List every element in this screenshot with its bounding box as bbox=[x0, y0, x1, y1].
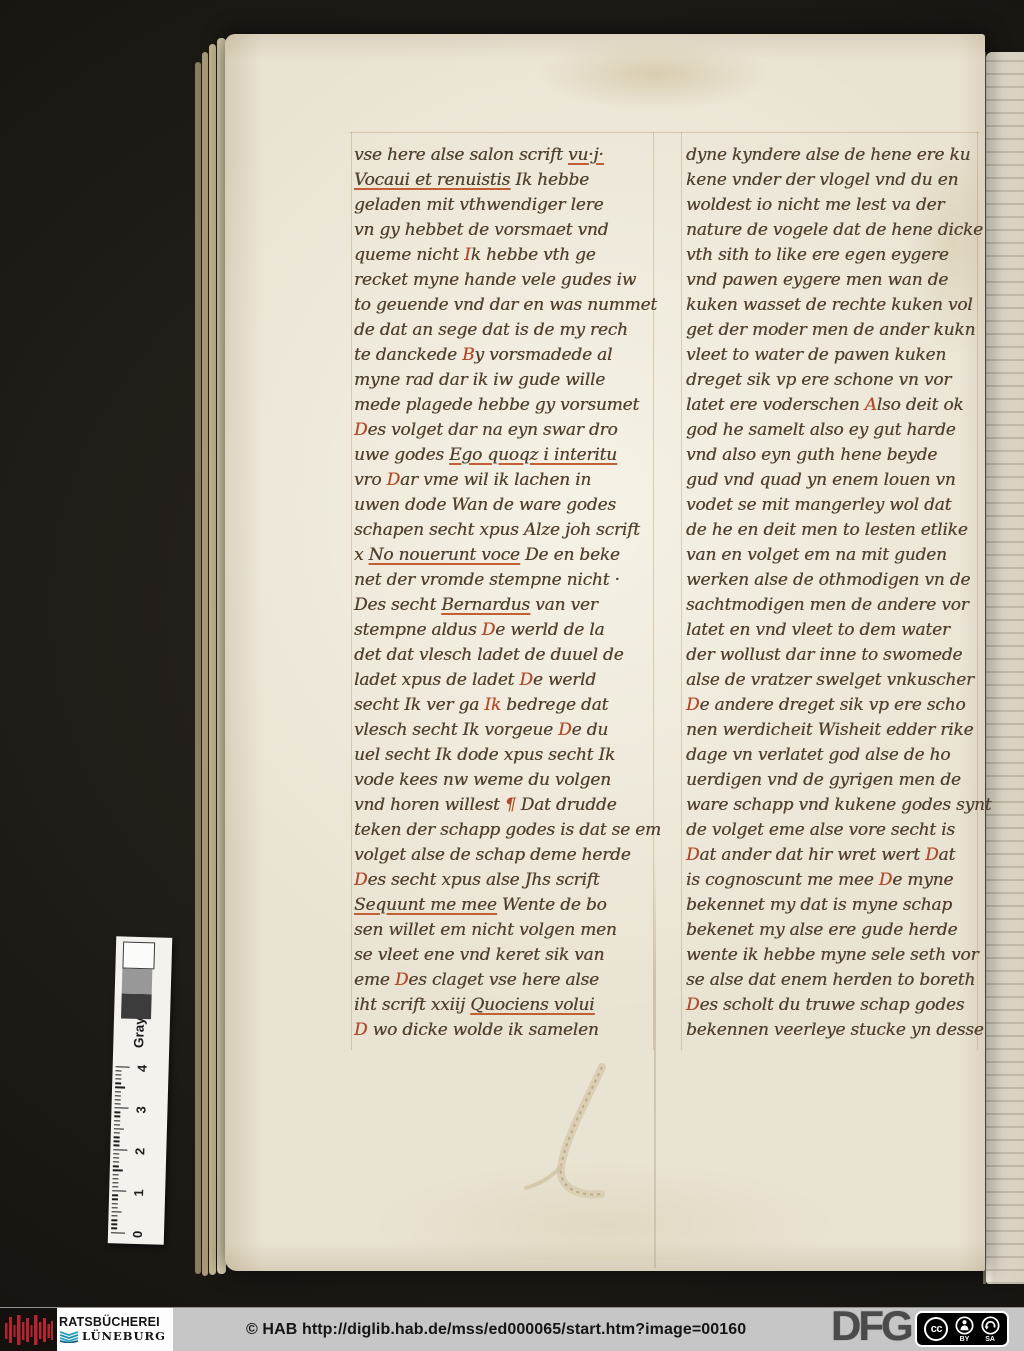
ruler-tick bbox=[112, 1199, 118, 1201]
ruler-tick bbox=[113, 1178, 119, 1180]
ruler-tick bbox=[115, 1087, 125, 1089]
ruler-tick bbox=[116, 1070, 122, 1072]
manuscript-line: se alse dat enem herden to boreth bbox=[686, 968, 988, 993]
manuscript-line: stempne aldus De werld de la bbox=[354, 618, 656, 643]
library-logo: RATSBÜCHEREI LÜNEBURG bbox=[57, 1308, 173, 1351]
manuscript-line: vode kees nw weme du volgen bbox=[354, 768, 656, 793]
cc-sa-item: SA bbox=[981, 1316, 1000, 1343]
ruler-tick bbox=[115, 1078, 121, 1080]
manuscript-line: vse here alse salon scrift vu·j· bbox=[354, 143, 656, 168]
copyright-url: © HAB http://diglib.hab.de/mss/ed000065/… bbox=[246, 1308, 746, 1351]
ruler-tick bbox=[113, 1170, 123, 1172]
manuscript-line: myne rad dar ik iw gude wille bbox=[354, 368, 656, 393]
manuscript-line: latet en vnd vleet to dem water bbox=[686, 618, 988, 643]
manuscript-line: nature de vogele dat de hene dicke bbox=[686, 218, 988, 243]
manuscript-page: vse here alse salon scrift vu·j·Vocaui e… bbox=[225, 34, 985, 1271]
ruler-tick bbox=[114, 1132, 120, 1134]
manuscript-line: dreget sik vp ere schone vn vor bbox=[686, 368, 988, 393]
manuscript-line: de volget eme alse vore secht is bbox=[686, 818, 988, 843]
manuscript-line: Dat ander dat hir wret wert Dat bbox=[686, 843, 988, 868]
manuscript-line: De andere dreget sik vp ere scho bbox=[686, 693, 988, 718]
ruler-tick bbox=[113, 1165, 119, 1167]
cc-icon: cc bbox=[924, 1317, 948, 1341]
manuscript-line: D wo dicke wolde ik samelen bbox=[354, 1018, 656, 1043]
manuscript-line: geladen mit vthwendiger lere bbox=[354, 193, 656, 218]
ruler-tick bbox=[111, 1228, 117, 1230]
ruler-tick bbox=[111, 1232, 125, 1234]
manuscript-line: de dat an sege dat is de my rech bbox=[354, 318, 656, 343]
ruling-line bbox=[351, 132, 352, 1050]
manuscript-line: Des volget dar na eyn swar dro bbox=[354, 418, 656, 443]
manuscript-line: recket myne hande vele gudes iw bbox=[354, 268, 656, 293]
manuscript-line: Vocaui et renuistis Ik hebbe bbox=[354, 168, 656, 193]
ruler-tick bbox=[112, 1182, 118, 1184]
manuscript-line: kene vnder der vlogel vnd du en bbox=[686, 168, 988, 193]
patch-mid bbox=[122, 968, 153, 994]
cc-by-label: BY bbox=[960, 1336, 970, 1343]
ruler-tick bbox=[113, 1153, 119, 1155]
ruler-tick bbox=[114, 1116, 120, 1118]
manuscript-line: eme Des claget vse here alse bbox=[354, 968, 656, 993]
ruler-tick bbox=[113, 1149, 127, 1151]
manuscript-line: bekennen veerleye stucke yn desse bbox=[686, 1018, 988, 1043]
ruler-tick bbox=[112, 1190, 126, 1192]
manuscript-line: Des secht xpus alse Jhs scrift bbox=[354, 868, 656, 893]
manuscript-line: secht Ik ver ga Ik bedrege dat bbox=[354, 693, 656, 718]
manuscript-line: van en volget em na mit guden bbox=[686, 543, 988, 568]
parchment-stain bbox=[525, 42, 785, 122]
manuscript-line: vodet se mit mangerley wol dat bbox=[686, 493, 988, 518]
leaf-edge bbox=[209, 44, 216, 1275]
ruler-tick bbox=[113, 1145, 119, 1147]
manuscript-line: det dat vlesch ladet de duuel de bbox=[354, 643, 656, 668]
ruler-tick bbox=[114, 1128, 124, 1130]
manuscript-line: gud vnd quad yn enem louen vn bbox=[686, 468, 988, 493]
ruler-tick bbox=[112, 1186, 118, 1188]
ruler-tick bbox=[113, 1157, 119, 1159]
manuscript-column-1: vse here alse salon scrift vu·j·Vocaui e… bbox=[354, 143, 656, 1043]
manuscript-line: kuken wasset de rechte kuken vol bbox=[686, 293, 988, 318]
ruler-tick bbox=[114, 1124, 120, 1126]
manuscript-line: Des scholt du truwe schap godes bbox=[686, 993, 988, 1018]
manuscript-line: to geuende vnd dar en was nummet bbox=[354, 293, 656, 318]
manuscript-line: ladet xpus de ladet De werld bbox=[354, 668, 656, 693]
manuscript-column-2: dyne kyndere alse de hene ere kukene vnd… bbox=[686, 143, 988, 1043]
manuscript-line: nen werdicheit Wisheit edder rike bbox=[686, 718, 988, 743]
ruler-tick bbox=[115, 1095, 121, 1097]
ruler-tick bbox=[114, 1136, 120, 1138]
ruler-tick bbox=[113, 1174, 119, 1176]
ruler-tick bbox=[114, 1107, 128, 1109]
ruler-tick bbox=[112, 1211, 122, 1213]
library-logo-bars bbox=[0, 1308, 57, 1351]
manuscript-line: uwen dode Wan de ware godes bbox=[354, 493, 656, 518]
ruler-tick bbox=[114, 1141, 120, 1143]
manuscript-line: bekenet my alse ere gude herde bbox=[686, 918, 988, 943]
parchment-stain bbox=[345, 1141, 865, 1261]
cc-sa-label: SA bbox=[985, 1336, 995, 1343]
manuscript-line: uerdigen vnd de gyrigen men de bbox=[686, 768, 988, 793]
manuscript-line: te danckede By vorsmadede al bbox=[354, 343, 656, 368]
caption-bar: RATSBÜCHEREI LÜNEBURG © HAB http://digli… bbox=[0, 1307, 1024, 1351]
dfg-logo: DFG bbox=[831, 1304, 911, 1347]
ruler-number: 1 bbox=[131, 1189, 146, 1197]
ruler-number: 4 bbox=[135, 1065, 150, 1073]
facing-page-edge bbox=[986, 52, 1024, 1284]
cc-by-person-icon bbox=[955, 1316, 974, 1335]
manuscript-line: vn gy hebbet de vorsmaet vnd bbox=[354, 218, 656, 243]
library-name-line1: RATSBÜCHEREI bbox=[59, 1315, 173, 1329]
manuscript-line: vleet to water de pawen kuken bbox=[686, 343, 988, 368]
manuscript-line: alse de vratzer swelget vnkuscher bbox=[686, 668, 988, 693]
digitized-manuscript-screenshot: { "colors": { "ink": "#4f3f2c", "rubric"… bbox=[0, 0, 1024, 1351]
manuscript-line: woldest io nicht me lest va der bbox=[686, 193, 988, 218]
book-pages-icon bbox=[59, 1330, 79, 1343]
manuscript-line: schapen secht xpus Alze joh scrift bbox=[354, 518, 656, 543]
ruler-tick bbox=[113, 1161, 119, 1163]
manuscript-line: volget alse de schap deme herde bbox=[354, 843, 656, 868]
patch-dark bbox=[121, 993, 152, 1019]
manuscript-line: vlesch secht Ik vorgeue De du bbox=[354, 718, 656, 743]
manuscript-line: dyne kyndere alse de hene ere ku bbox=[686, 143, 988, 168]
manuscript-line: god he samelt also ey gut harde bbox=[686, 418, 988, 443]
ruler-tick bbox=[116, 1066, 130, 1068]
ruler-number: 2 bbox=[132, 1148, 147, 1156]
ruler-number: 3 bbox=[133, 1106, 148, 1114]
manuscript-line: dage vn verlatet god alse de ho bbox=[686, 743, 988, 768]
manuscript-line: uwe godes Ego quoqz i interitu bbox=[354, 443, 656, 468]
manuscript-line: vnd horen willest ¶ Dat drudde bbox=[354, 793, 656, 818]
manuscript-line: vth sith to like ere egen eygere bbox=[686, 243, 988, 268]
manuscript-line: sachtmodigen men de andere vor bbox=[686, 593, 988, 618]
cc-sa-arrow-icon bbox=[981, 1316, 1000, 1335]
manuscript-line: de he en deit men to lesten etlike bbox=[686, 518, 988, 543]
manuscript-line: wente ik hebbe myne sele seth vor bbox=[686, 943, 988, 968]
manuscript-line: der wollust dar inne to swomede bbox=[686, 643, 988, 668]
manuscript-line: vnd also eyn guth hene beyde bbox=[686, 443, 988, 468]
ruler-tick bbox=[115, 1091, 121, 1093]
manuscript-line: vro Dar vme wil ik lachen in bbox=[354, 468, 656, 493]
ruling-line bbox=[681, 132, 682, 1050]
library-bars-icon bbox=[4, 1313, 54, 1347]
ruler-tick bbox=[112, 1207, 118, 1209]
patch-white bbox=[122, 941, 155, 969]
gray-scale-patches bbox=[121, 941, 155, 1019]
gray-scale-ruler: 01234 bbox=[108, 1053, 169, 1244]
manuscript-line: Sequunt me mee Wente de bo bbox=[354, 893, 656, 918]
manuscript-line: werken alse de othmodigen vn de bbox=[686, 568, 988, 593]
manuscript-line: teken der schapp godes is dat se em bbox=[354, 818, 656, 843]
manuscript-line: sen willet em nicht volgen men bbox=[354, 918, 656, 943]
ruler-tick bbox=[111, 1224, 117, 1226]
manuscript-line: bekennet my dat is myne schap bbox=[686, 893, 988, 918]
manuscript-line: mede plagede hebbe gy vorsumet bbox=[354, 393, 656, 418]
ruler-tick bbox=[115, 1099, 121, 1101]
manuscript-line: vnd pawen eygere men wan de bbox=[686, 268, 988, 293]
manuscript-line: iht scrift xxiij Quociens volui bbox=[354, 993, 656, 1018]
ruling-line bbox=[349, 132, 979, 133]
gray-scale-card: 01234 Gray Scale bbox=[108, 936, 173, 1244]
manuscript-line: Des secht Bernardus van ver bbox=[354, 593, 656, 618]
ruler-tick bbox=[114, 1112, 120, 1114]
ruler-tick bbox=[112, 1203, 118, 1205]
manuscript-line: se vleet ene vnd keret sik van bbox=[354, 943, 656, 968]
cc-by-item: BY bbox=[955, 1316, 974, 1343]
manuscript-line: queme nicht Ik hebbe vth ge bbox=[354, 243, 656, 268]
ruler-tick bbox=[115, 1074, 121, 1076]
ruler-tick bbox=[112, 1195, 118, 1197]
cc-license-badge: cc BY SA bbox=[915, 1311, 1009, 1347]
leaf-edge bbox=[202, 52, 208, 1276]
leaf-edge bbox=[195, 62, 201, 1274]
manuscript-line: is cognoscunt me mee De myne bbox=[686, 868, 988, 893]
ruler-tick bbox=[115, 1103, 121, 1105]
manuscript-line: uel secht Ik dode xpus secht Ik bbox=[354, 743, 656, 768]
manuscript-line: net der vromde stempne nicht · bbox=[354, 568, 656, 593]
ruler-tick bbox=[114, 1120, 120, 1122]
ruler-number: 0 bbox=[130, 1231, 145, 1239]
manuscript-line: x No nouerunt voce De en beke bbox=[354, 543, 656, 568]
manuscript-line: get der moder men de ander kukn bbox=[686, 318, 988, 343]
library-name-line2: LÜNEBURG bbox=[82, 1329, 166, 1344]
ruler-tick bbox=[115, 1083, 121, 1085]
ruler-tick bbox=[111, 1215, 117, 1217]
manuscript-line: latet ere voderschen Also deit ok bbox=[686, 393, 988, 418]
ruler-tick bbox=[111, 1219, 117, 1221]
manuscript-line: ware schapp vnd kukene godes synt bbox=[686, 793, 988, 818]
